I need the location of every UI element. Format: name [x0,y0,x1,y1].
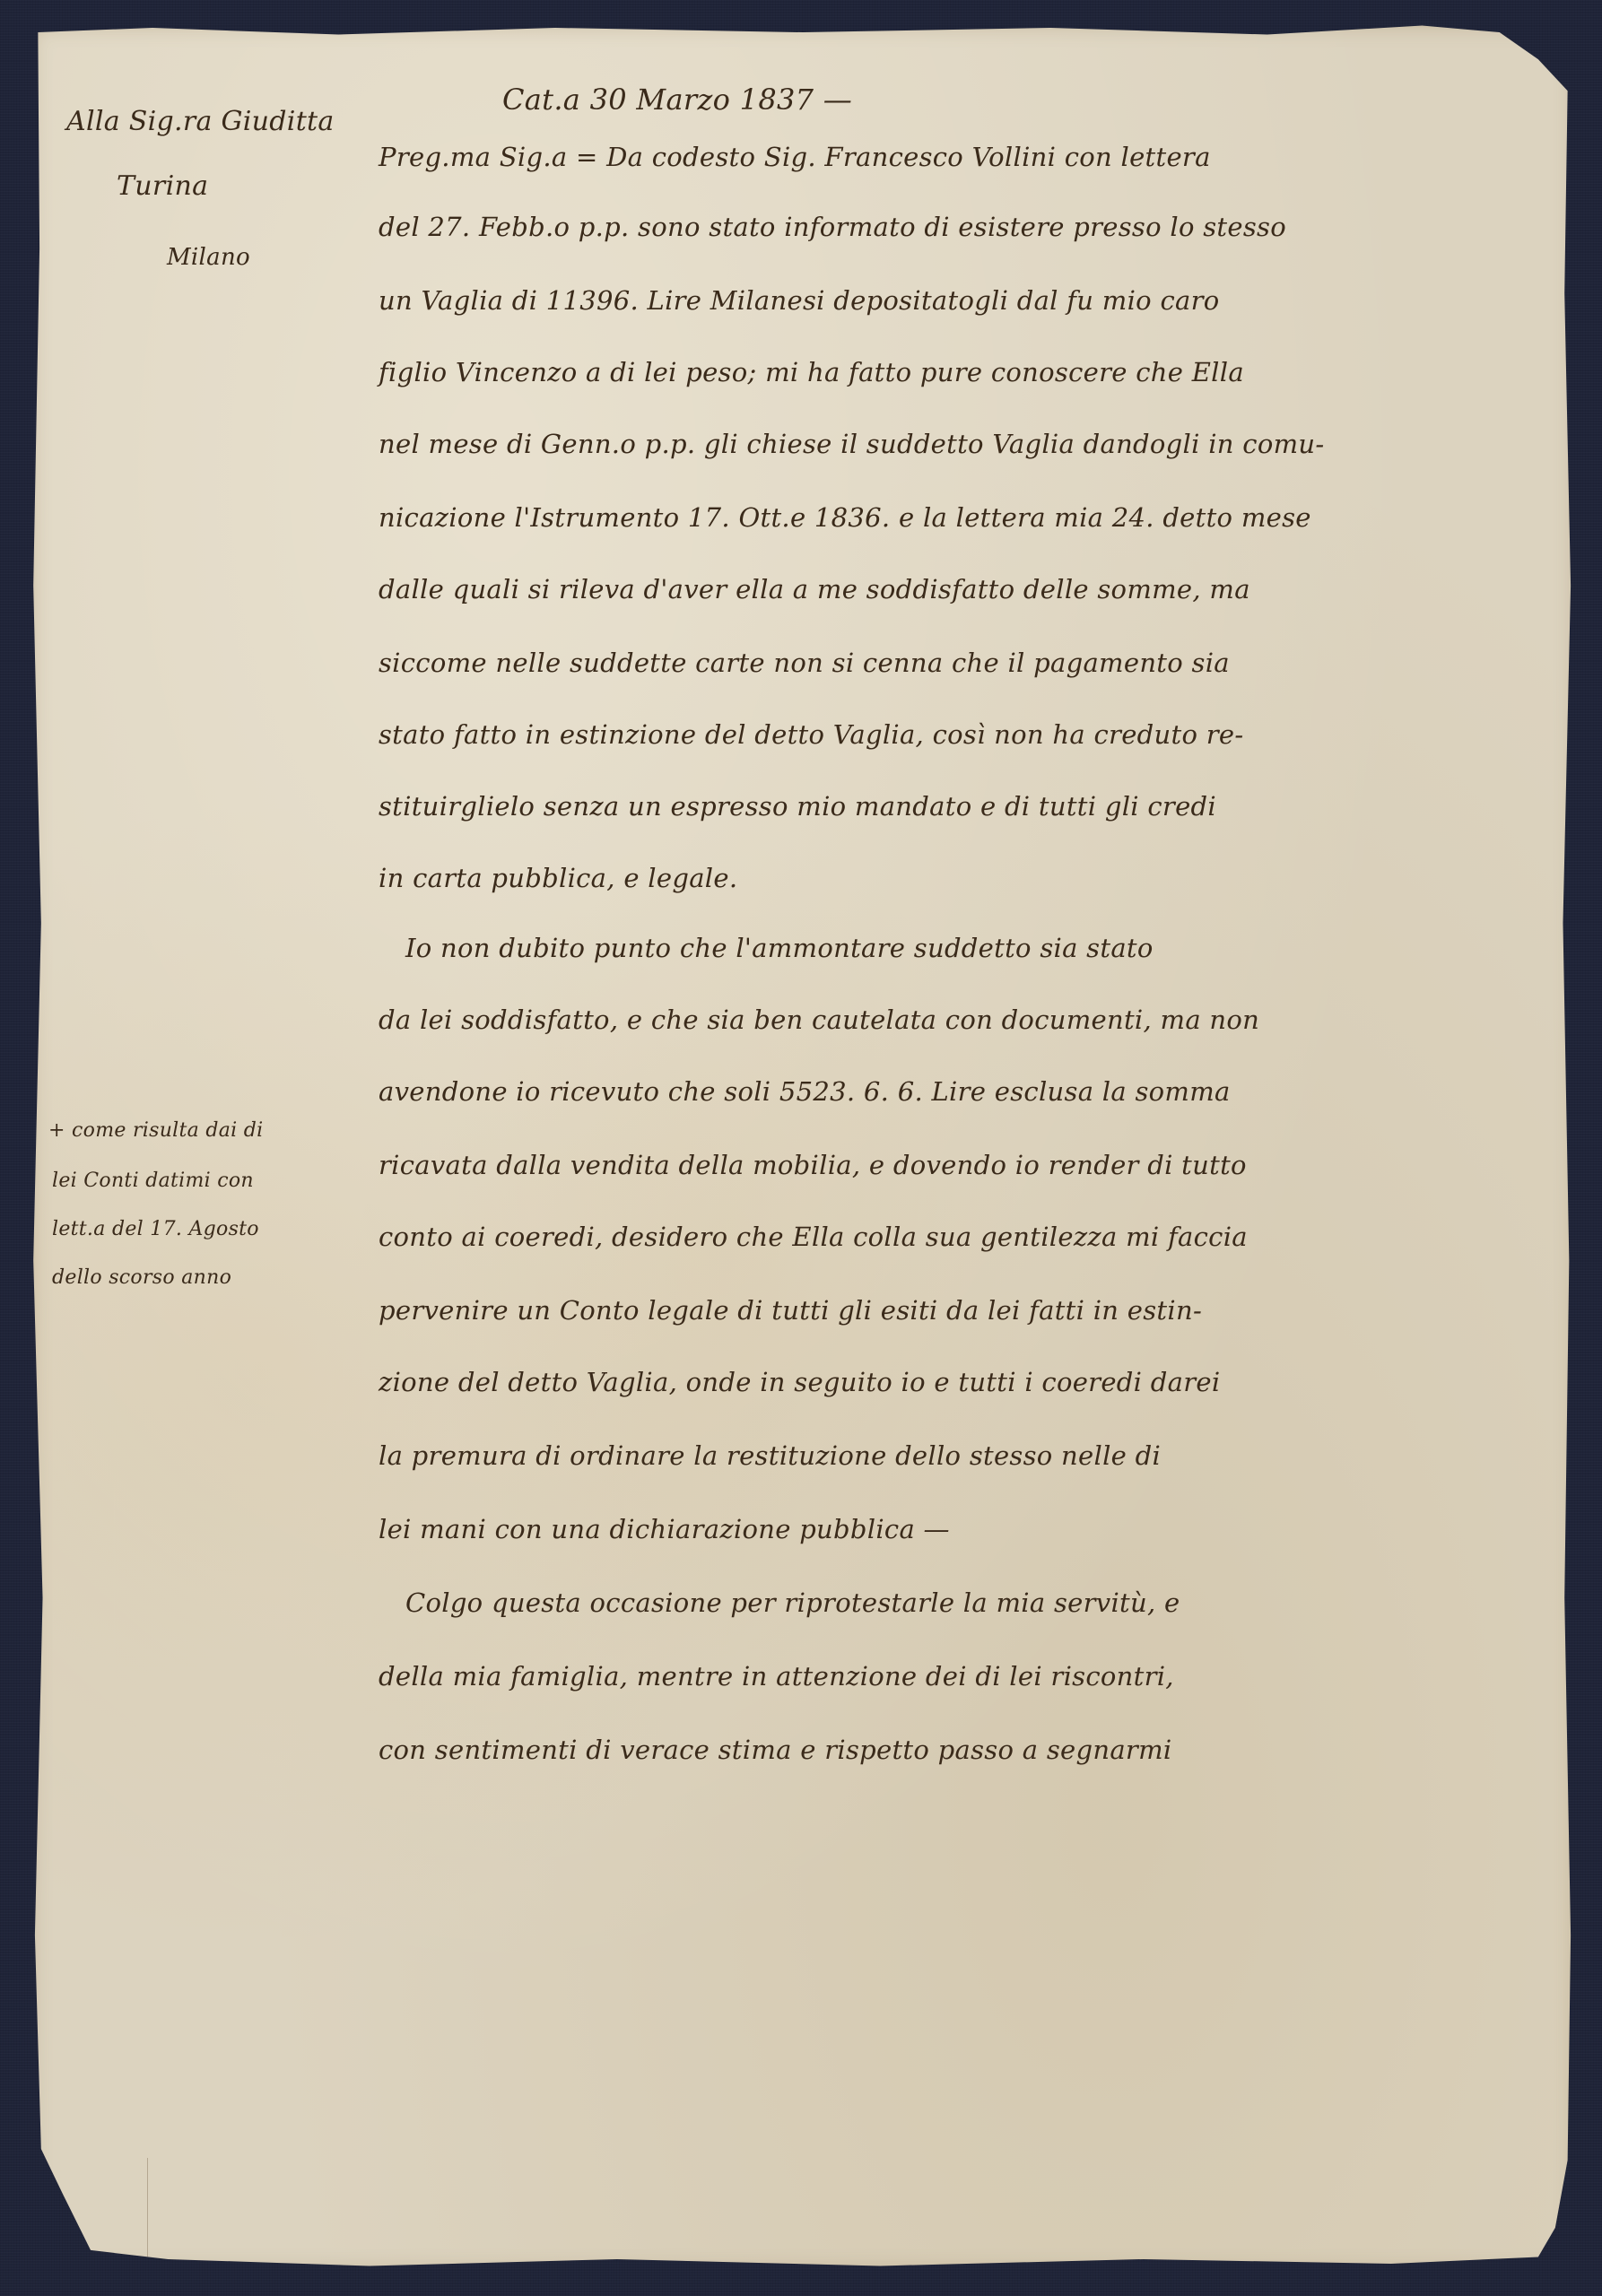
address-recipient: Alla Sig.ra Giuditta [66,106,335,137]
body-line: del 27. Febb.o p.p. sono stato informato… [379,212,1286,242]
address-name: Turina [117,170,208,202]
body-line: dalle quali si rileva d'aver ella a me s… [379,574,1250,604]
margin-note-line: lei Conti datimi con [52,1170,254,1192]
body-line: conto ai coeredi, desidero che Ella coll… [379,1222,1248,1252]
address-city: Milano [167,244,250,271]
body-line: stato fatto in estinzione del detto Vagl… [379,719,1243,750]
body-line: pervenire un Conto legale di tutti gli e… [379,1295,1202,1326]
margin-note-line: dello scorso anno [52,1266,231,1289]
body-line: un Vaglia di 11396. Lire Milanesi deposi… [379,285,1220,316]
body-line: in carta pubblica, e legale. [379,863,737,893]
body-line: Io non dubito punto che l'ammontare sudd… [405,933,1154,963]
body-line: stituirglielo senza un espresso mio mand… [379,791,1216,822]
body-line: avendone io ricevuto che soli 5523. 6. 6… [379,1076,1231,1107]
body-line: Colgo questa occasione per riprotestarle… [405,1587,1180,1618]
body-line: ricavata dalla vendita della mobilia, e … [379,1150,1247,1180]
body-line: da lei soddisfatto, e che sia ben cautel… [379,1004,1259,1035]
letter-date: Cat.a 30 Marzo 1837 — [502,83,852,117]
body-line: zione del detto Vaglia, onde in seguito … [379,1367,1220,1397]
paper-crease [147,2158,148,2283]
body-line: della mia famiglia, mentre in attenzione… [379,1661,1174,1692]
body-line: lei mani con una dichiarazione pubblica … [379,1514,950,1544]
body-line: Preg.ma Sig.a = Da codesto Sig. Francesc… [379,142,1211,172]
body-line: nel mese di Genn.o p.p. gli chiese il su… [379,429,1324,459]
margin-note-line: + come risulta dai di [48,1119,264,1142]
body-line: siccome nelle suddette carte non si cenn… [379,648,1230,678]
body-line: figlio Vincenzo a di lei peso; mi ha fat… [379,357,1244,387]
body-line: la premura di ordinare la restituzione d… [379,1440,1161,1471]
body-line: nicazione l'Istrumento 17. Ott.e 1836. e… [379,502,1311,533]
body-line: con sentimenti di verace stima e rispett… [379,1735,1171,1765]
margin-note-line: lett.a del 17. Agosto [52,1218,259,1240]
